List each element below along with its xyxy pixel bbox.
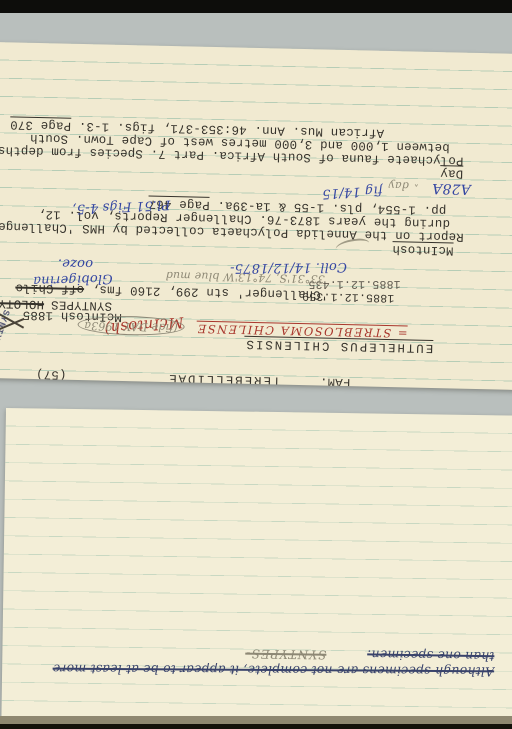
handwritten-note-line1: Although specimens are not complete, it … [53, 662, 495, 680]
photo-of-catalog-cards: { "scene": { "backdrop_color": "#b9bfbd"… [0, 0, 512, 729]
ref2-author: Day [440, 166, 463, 181]
family-name: TEREBELLIDAE [167, 371, 281, 388]
ref1-author-text: McIntosh [392, 241, 453, 257]
types-status: SYNTYPES [51, 297, 112, 312]
ref2-page: Page 370 [10, 116, 71, 132]
handwritten-note-struck-syntypes: SYNTYPES- [245, 647, 326, 662]
synonymy-line: = STREBLOSOMA CHILENSE (fide DAY 1963a [77, 318, 408, 340]
catalog-card-secondary: Although specimens are not complete, it … [1, 408, 512, 728]
top-black-band [0, 0, 512, 13]
pencil-caret: ˄ [414, 176, 419, 187]
figure-ref-blue: fig 14/15 [322, 182, 384, 201]
pencil-day-note: day [388, 179, 409, 192]
slide-ref-blue: A28A [432, 180, 471, 197]
types-status-struck: HOLOTYPE [0, 296, 44, 311]
station-text: 'Challenger' stn 299, 2160 fms, [84, 282, 329, 302]
synonymy-red-text: = STREBLOSOMA CHILENSE [196, 321, 407, 341]
catalog-card-main: FAM. TEREBELLIDAE (57) EUTHELEPUS CHILEN… [0, 42, 512, 390]
bottom-black-band [0, 724, 512, 729]
card-number: (57) [36, 367, 67, 382]
locality-blue-globigerina: Globigerina [33, 271, 113, 288]
handwritten-note-line2: than one specimen. [367, 647, 494, 664]
bottom-olive-strip [0, 716, 512, 724]
card-content-rotated-180: Although specimens are not complete, it … [1, 408, 512, 728]
collection-date: Coll. 14/12/1875- [230, 259, 347, 275]
family-prefix: FAM. [320, 374, 351, 389]
card-content-rotated-180: FAM. TEREBELLIDAE (57) EUTHELEPUS CHILEN… [0, 42, 512, 390]
locality-blue-ooze: ooze. [58, 256, 94, 272]
ref1-author: McIntosh [392, 242, 453, 257]
